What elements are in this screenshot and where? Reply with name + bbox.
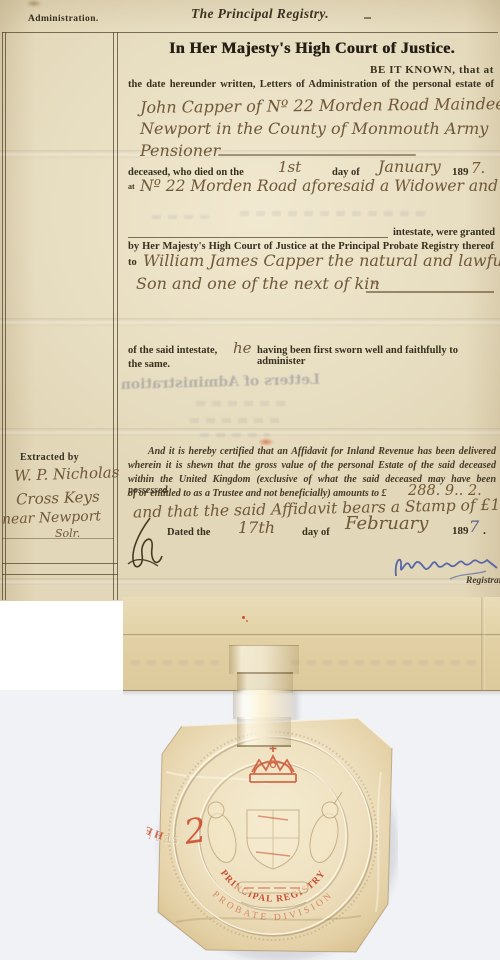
scan-background-white-patch: [0, 601, 123, 690]
hw-extractor-suffix: Solr.: [55, 527, 80, 540]
dated-day-of: day of: [302, 527, 330, 538]
showthrough-line: [152, 215, 214, 219]
to-label: to: [128, 257, 137, 268]
hw-deceased-line1: John Capper of Nº 22 Morden Road Maindee: [140, 94, 500, 117]
hw-grantee-line2: Son and one of the next of kin: [136, 274, 380, 293]
seal-tab-upper: [229, 645, 299, 674]
hw-dated-day: 17th: [238, 518, 275, 537]
be-it-known-line: BE IT KNOWN, that at: [128, 64, 494, 76]
dated-period: .: [483, 523, 486, 538]
hw-deceased-line2: Newport in the County of Monmouth Army: [140, 119, 488, 138]
extracted-by-label: Extracted by: [20, 452, 79, 463]
certified-line4: of or entitled to as a Trustee and not b…: [128, 488, 387, 499]
hw-extractor-address1: Cross Keys: [16, 488, 100, 509]
document-flap: [123, 597, 500, 691]
sworn-line2: the same.: [128, 359, 170, 370]
flap-shadow: [123, 690, 500, 696]
hw-died-month: January: [378, 157, 441, 176]
ink-dash-mark: [364, 17, 371, 19]
hw-died-year-digit: 7.: [471, 159, 485, 177]
showthrough-line: [200, 433, 270, 437]
extracted-box-bottom-rule-1: [2, 563, 118, 564]
dated-label: Dated the: [167, 527, 210, 538]
extracted-box-bottom-rule-2: [2, 574, 118, 575]
hw-tick-mark: "": [372, 281, 379, 290]
hw-dated-month: February: [345, 513, 428, 534]
sworn-suffix: having been first sworn well and faithfu…: [257, 345, 495, 367]
fold-crease: [0, 318, 500, 326]
at-label: at: [128, 182, 135, 191]
dated-year-printed: 189: [452, 525, 469, 537]
certified-line2: wherein it is shewn that the gross value…: [128, 460, 496, 471]
hw-dated-year-digit: 7: [469, 517, 479, 536]
column-divider-left: [113, 32, 114, 600]
showthrough-line: [240, 211, 430, 216]
hw-grantee-line1: William James Capper the natural and law…: [143, 251, 500, 270]
paper-smudge: [26, 0, 42, 7]
intro-line: the date hereunder written, Letters of A…: [128, 79, 494, 90]
showthrough-line: [291, 660, 483, 665]
hw-death-place: Nº 22 Morden Road aforesaid a Widower an…: [140, 177, 498, 195]
registry-heading: The Principal Registry.: [150, 6, 370, 22]
margin-heading: Administration.: [28, 14, 99, 24]
column-divider-right: [117, 32, 118, 600]
hw-fill-stroke: [366, 291, 494, 293]
scanned-document-page: Administration. The Principal Registry. …: [0, 0, 500, 960]
red-ink-dot: [246, 620, 248, 622]
showthrough-line: [196, 401, 286, 406]
hw-deceased-line3: Pensioner: [140, 141, 220, 160]
hw-died-day: 1st: [278, 158, 301, 176]
hw-fill-stroke: [218, 154, 416, 156]
ink-flourish: [120, 512, 170, 574]
intestate-line: intestate, were granted: [393, 227, 495, 238]
top-rule: [2, 32, 498, 33]
court-title: In Her Majesty's High Court of Justice.: [128, 40, 496, 58]
flap-vertical-crease: [481, 597, 485, 690]
registrar-label: Registrar: [466, 576, 500, 586]
showthrough-line: [190, 418, 286, 423]
hw-sworn-pronoun: he: [233, 339, 252, 357]
red-ink-smudge: [258, 438, 274, 446]
flap-fold-line: [123, 634, 500, 636]
sworn-prefix: of the said intestate,: [128, 345, 217, 356]
certified-line1: And it is hereby certified that an Affid…: [128, 446, 496, 457]
seal-tab-on-seal: [237, 717, 291, 747]
blank-line-rule: [128, 237, 388, 238]
embossed-wafer-seal: THE SEAL OF HER MAJESTY'S HIGH COURT OF …: [146, 712, 398, 960]
red-ink-dot: [242, 616, 245, 619]
showthrough-line: [131, 660, 219, 665]
hw-extractor-name: W. P. Nicholas: [14, 463, 120, 485]
